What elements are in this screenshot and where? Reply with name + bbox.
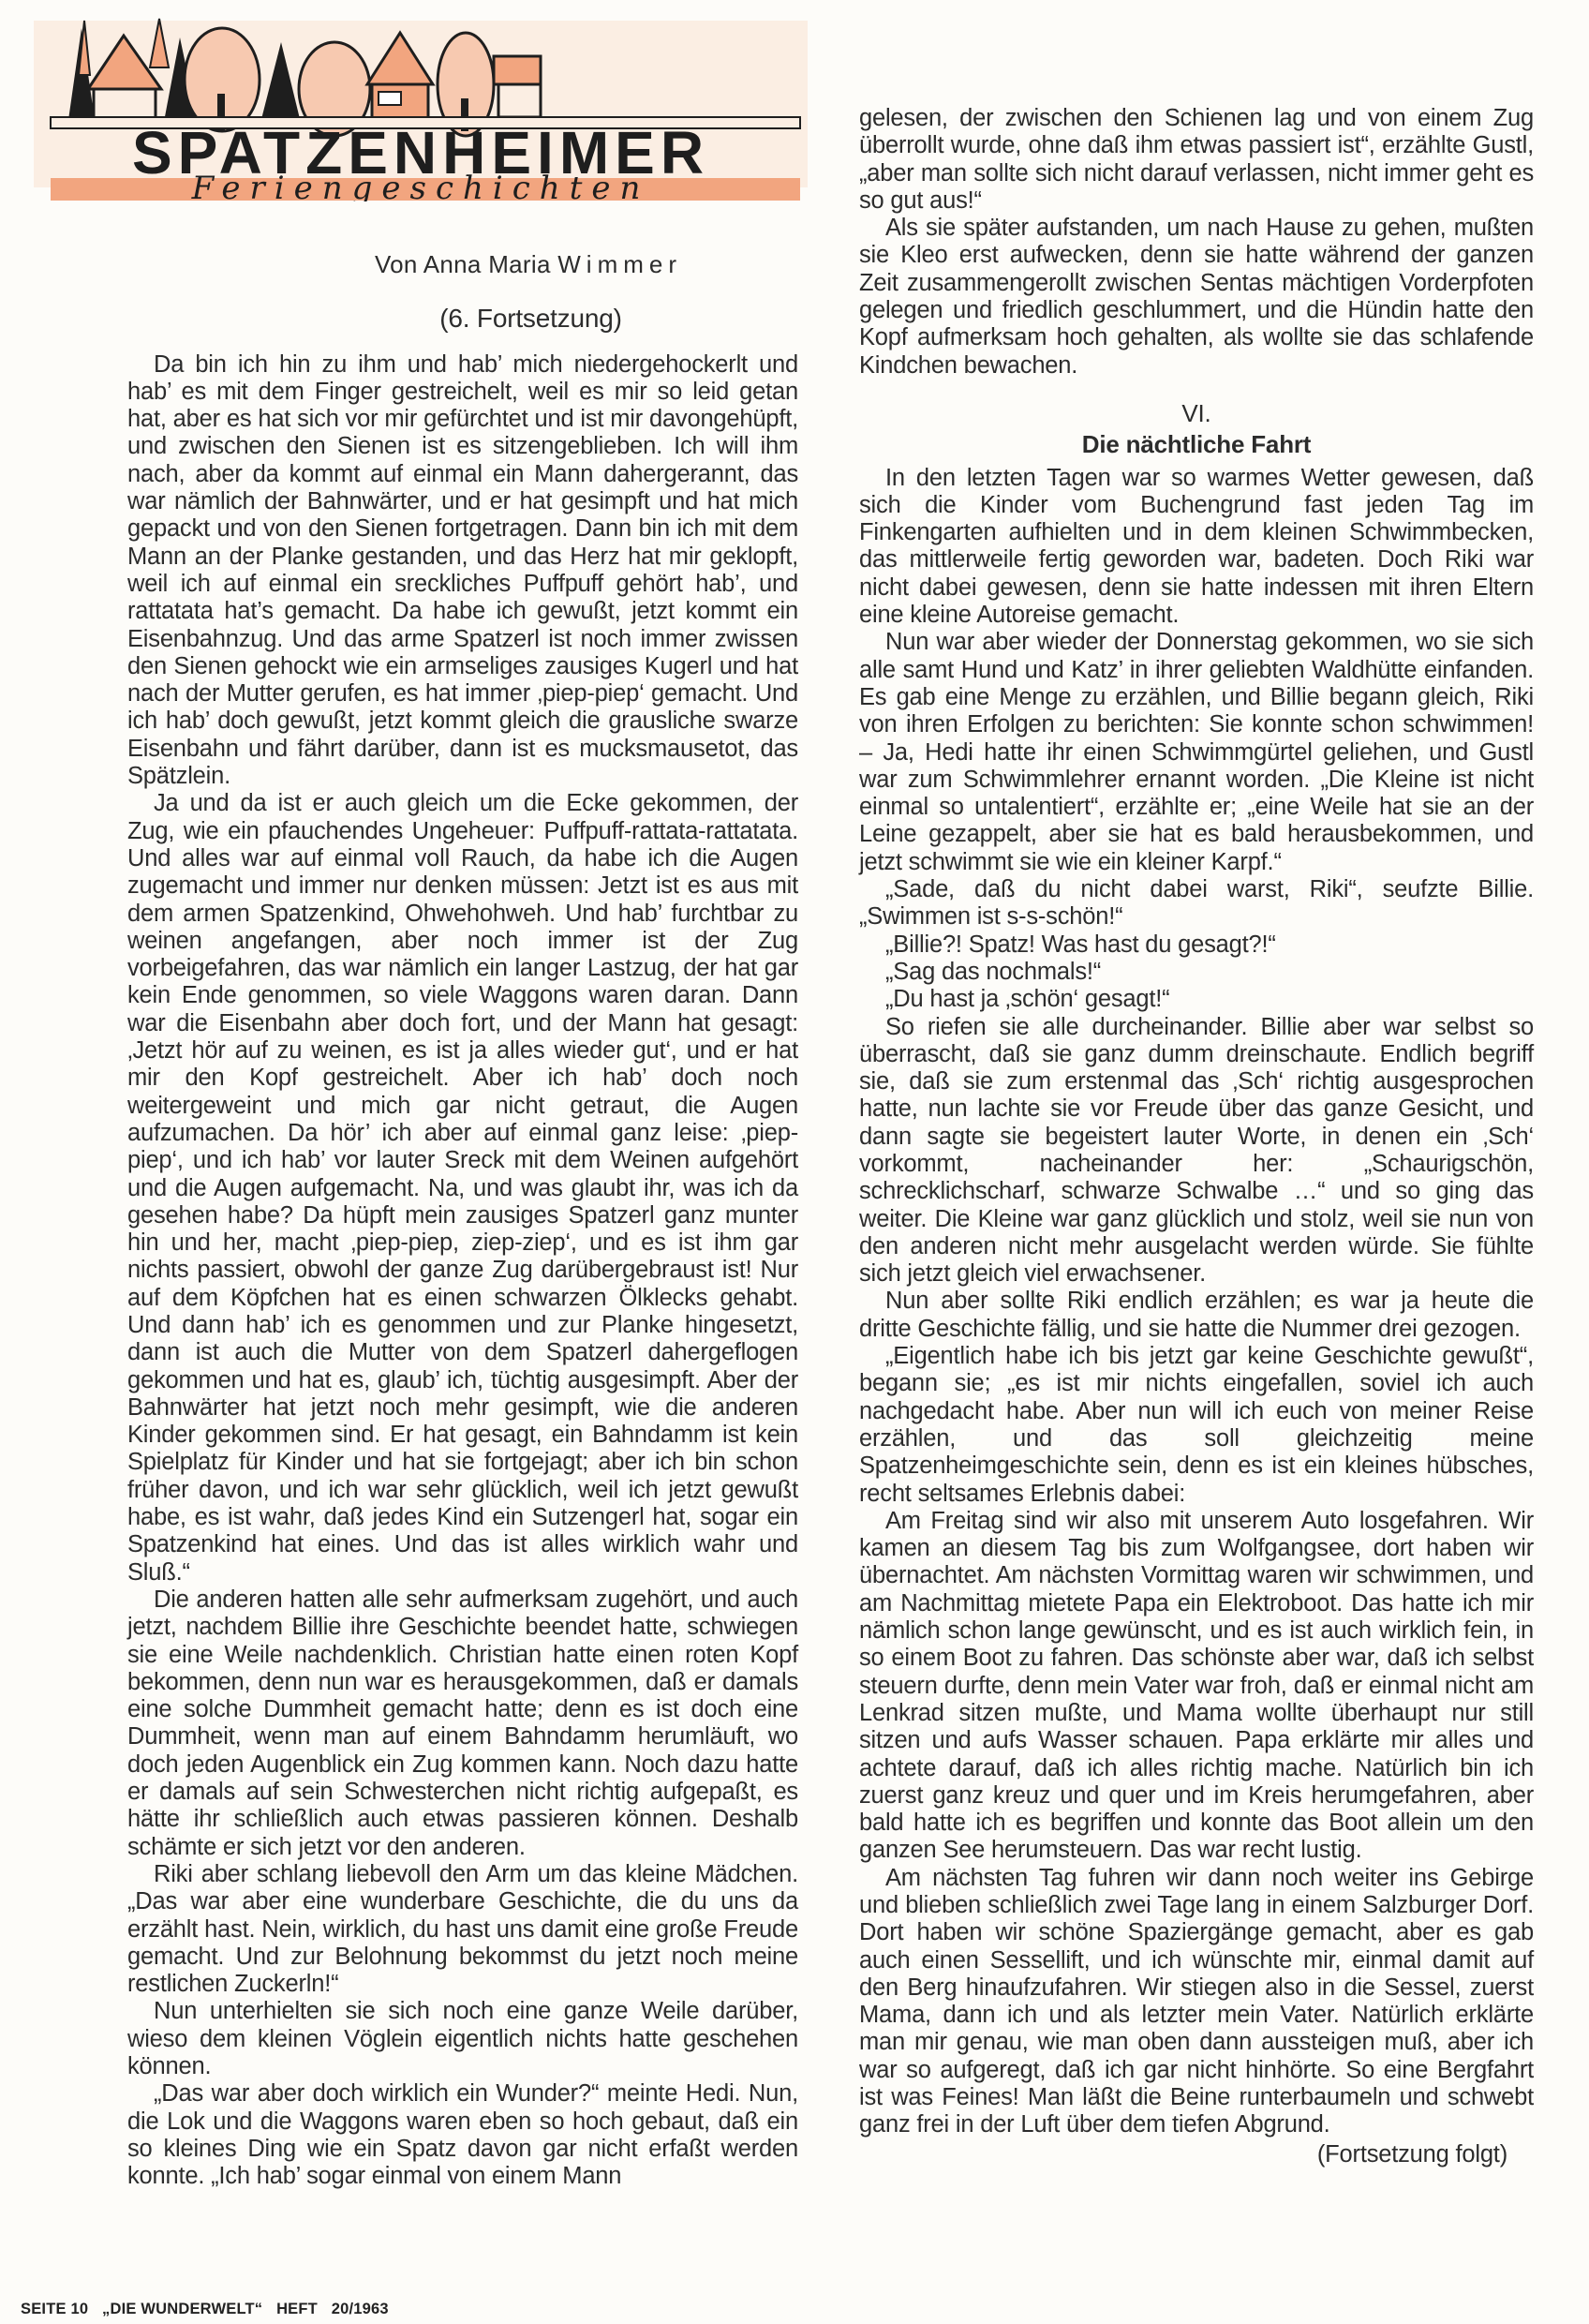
author-byline: Von Anna Maria Wimmer <box>127 251 798 278</box>
paragraph: Am nächsten Tag fuhren wir dann noch wei… <box>859 1865 1534 2139</box>
paragraph: Am Freitag sind wir also mit unserem Aut… <box>859 1508 1534 1865</box>
paragraph: Da bin ich hin zu ihm und hab’ mich nied… <box>127 351 798 791</box>
left-column: Von Anna Maria Wimmer (6. Fortsetzung) D… <box>127 234 798 2190</box>
issue-number: 20/1963 <box>332 2301 389 2317</box>
paragraph: In den letzten Tagen war so warmes Wette… <box>859 465 1534 630</box>
paragraph: So riefen sie alle durcheinander. Billie… <box>859 1014 1534 1289</box>
continued-note: (Fortsetzung folgt) <box>859 2141 1534 2168</box>
byline-prefix: Von Anna Maria <box>375 250 551 278</box>
paragraph: Nun unterhielten sie sich noch eine ganz… <box>127 1998 798 2080</box>
paragraph: „Das war aber doch wirklich ein Wunder?“… <box>127 2080 798 2190</box>
magazine-name: „DIE WUNDERWELT“ <box>102 2301 262 2317</box>
dialogue-line: „Billie?! Spatz! Was hast du gesagt?!“ <box>859 931 1534 959</box>
paragraph: Als sie später aufstanden, um nach Hause… <box>859 215 1534 380</box>
chapter-number: VI. <box>859 400 1534 427</box>
chapter-title: Die nächtliche Fahrt <box>859 431 1534 458</box>
author-name: Wimmer <box>557 250 682 278</box>
paragraph: „Sade, daß du nicht dabei warst, Riki“, … <box>859 876 1534 931</box>
paragraph: Riki aber schlang liebevoll den Arm um d… <box>127 1861 798 1998</box>
paragraph: Nun aber sollte Riki endlich erzählen; e… <box>859 1288 1534 1343</box>
paragraph: „Eigentlich habe ich bis jetzt gar keine… <box>859 1343 1534 1508</box>
page-number: SEITE 10 <box>21 2301 88 2317</box>
right-column: gelesen, der zwischen den Schienen lag u… <box>859 105 1534 2168</box>
paragraph: Die anderen hatten alle sehr aufmerksam … <box>127 1587 798 1861</box>
paragraph-continuation: gelesen, der zwischen den Schienen lag u… <box>859 105 1534 215</box>
paragraph: Ja und da ist er auch gleich um die Ecke… <box>127 790 798 1587</box>
page-footer: SEITE 10 „DIE WUNDERWELT“ HEFT 20/1963 <box>21 2301 398 2318</box>
issue-label: HEFT <box>276 2301 318 2317</box>
dialogue-line: „Sag das nochmals!“ <box>859 959 1534 986</box>
dialogue-line: „Du hast ja ‚schön‘ gesagt!“ <box>859 986 1534 1013</box>
installment-label: (6. Fortsetzung) <box>127 305 798 332</box>
svg-text:Feriengeschichten: Feriengeschichten <box>191 170 650 201</box>
paragraph: Nun war aber wieder der Donnerstag gekom… <box>859 629 1534 876</box>
header-banner: SPATZENHEIMER Feriengeschichten <box>30 9 812 201</box>
village-illustration-icon: SPATZENHEIMER Feriengeschichten <box>30 9 812 201</box>
